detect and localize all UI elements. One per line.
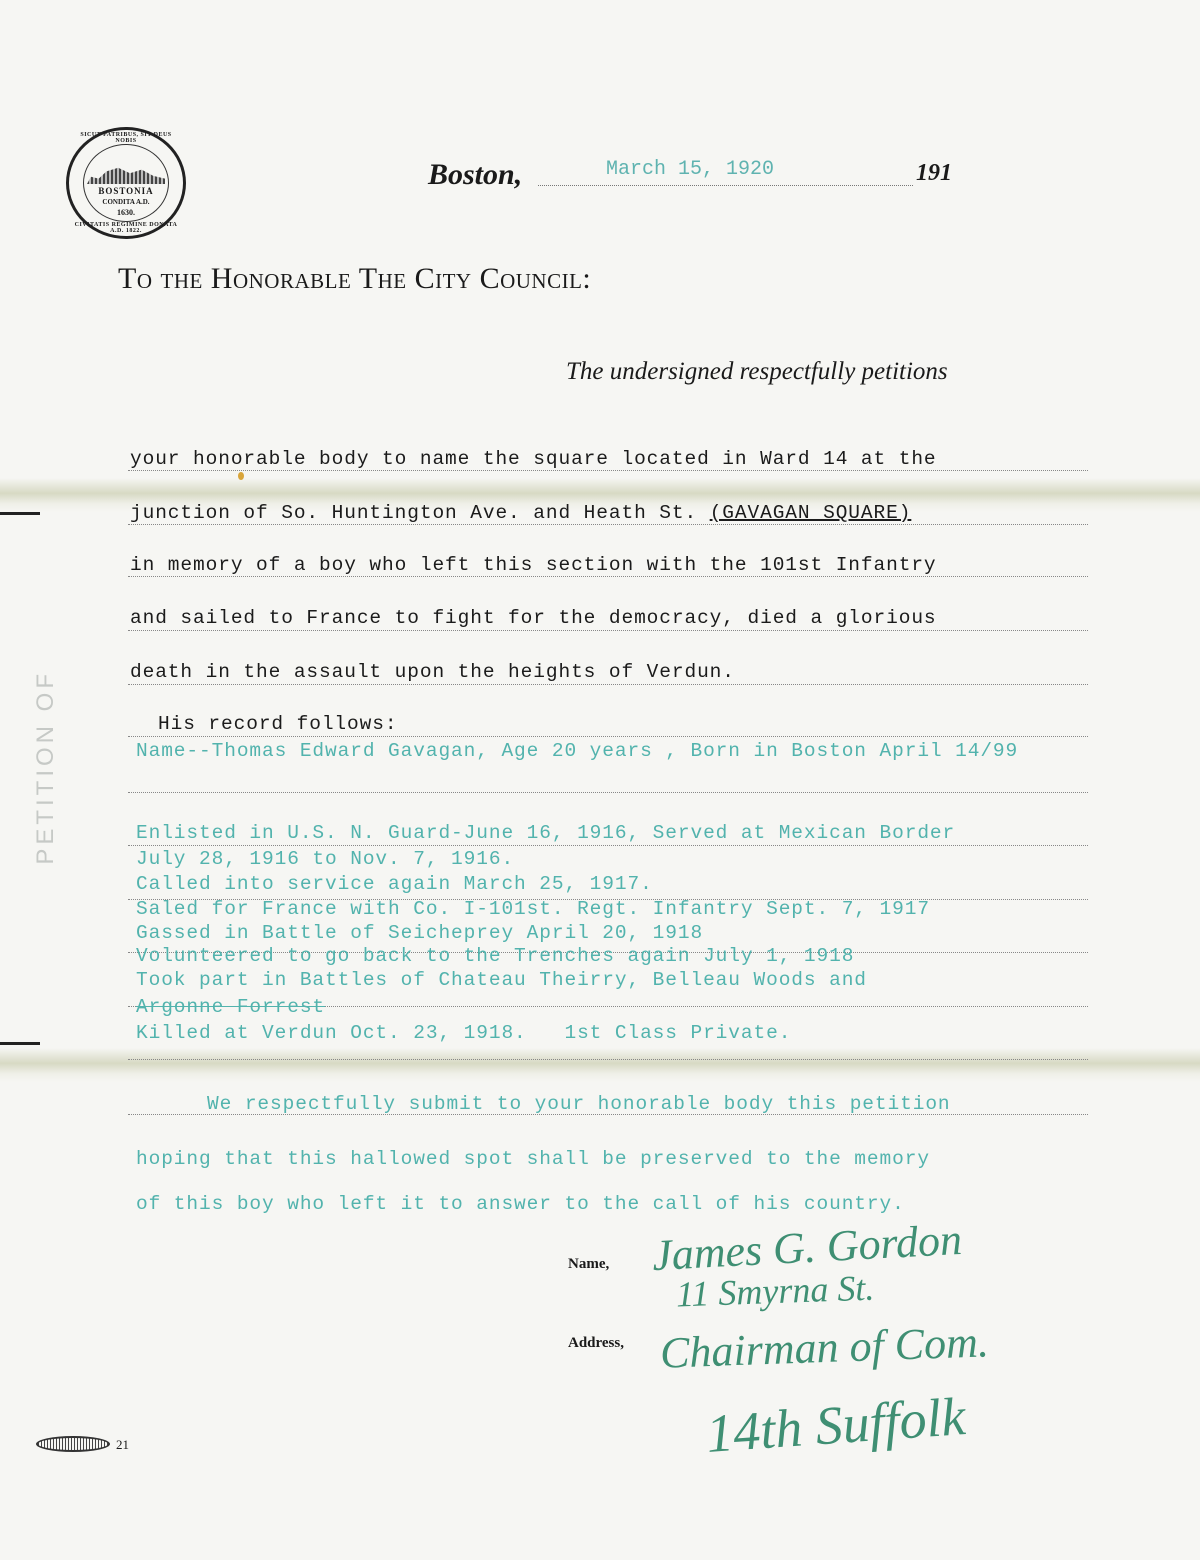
record-line: Enlisted in U.S. N. Guard-June 16, 1916,…	[136, 822, 955, 844]
record-line: Volunteered to go back to the Trenches a…	[136, 945, 854, 967]
rule	[128, 792, 1088, 793]
handwritten-title: Chairman of Com.	[659, 1316, 989, 1378]
paper-fold-bottom	[0, 1048, 1200, 1082]
record-line: Argonne Forrest	[136, 996, 325, 1018]
petition-lead-in: The undersigned respectfully petitions	[566, 358, 948, 386]
petition-line: in memory of a boy who left this section…	[130, 554, 937, 576]
seal-name: BOSTONIA	[69, 186, 183, 196]
rule	[128, 845, 1088, 846]
binder-mark-top	[0, 512, 40, 515]
square-name: (GAVAGAN SQUARE)	[710, 502, 912, 524]
rule	[128, 524, 1088, 525]
petition-line: your honorable body to name the square l…	[130, 448, 937, 470]
record-name-line: Name--Thomas Edward Gavagan, Age 20 year…	[136, 740, 1018, 762]
city-label: Boston,	[428, 158, 522, 192]
rule	[128, 470, 1088, 471]
addressee-heading: To the Honorable The City Council:	[118, 262, 591, 296]
record-line: Saled for France with Co. I-101st. Regt.…	[136, 898, 930, 920]
ink-stain	[238, 472, 244, 480]
record-line: July 28, 1916 to Nov. 7, 1916.	[136, 848, 514, 870]
record-line: Took part in Battles of Chateau Theirry,…	[136, 969, 867, 991]
seal-condita: CONDITA A.D.	[69, 198, 183, 206]
record-heading: His record follows:	[158, 713, 397, 735]
year-prefix: 191	[916, 160, 952, 187]
rule	[128, 684, 1088, 685]
handwritten-address: 11 Smyrna St.	[675, 1267, 875, 1316]
binder-mark-bottom	[0, 1042, 40, 1045]
petition-line: and sailed to France to fight for the de…	[130, 607, 937, 629]
rule	[128, 576, 1088, 577]
closing-line: We respectfully submit to your honorable…	[144, 1093, 951, 1115]
record-line: Gassed in Battle of Seicheprey April 20,…	[136, 922, 703, 944]
side-stamp: PETITION OF	[32, 670, 60, 865]
handwritten-district: 14th Suffolk	[704, 1385, 967, 1465]
typed-date: March 15, 1920	[606, 158, 774, 181]
seal-year: 1630.	[69, 208, 183, 217]
rule	[128, 630, 1088, 631]
seal-motto-bottom: CIVITATIS REGIMINE DONATA A.D. 1822.	[69, 222, 183, 234]
union-label-number: 21	[116, 1437, 129, 1453]
petition-line: death in the assault upon the heights of…	[130, 661, 735, 683]
seal-motto-top: SICUT PATRIBUS, SIT DEUS NOBIS	[69, 132, 183, 144]
date-rule	[538, 185, 913, 186]
address-label: Address,	[568, 1335, 624, 1352]
closing-line: hoping that this hallowed spot shall be …	[136, 1148, 930, 1170]
name-label: Name,	[568, 1256, 609, 1273]
rule	[128, 736, 1088, 737]
petition-line-text: junction of So. Huntington Ave. and Heat…	[130, 502, 710, 524]
record-line: Called into service again March 25, 1917…	[136, 873, 653, 895]
closing-line: of this boy who left it to answer to the…	[136, 1193, 905, 1215]
record-line: Killed at Verdun Oct. 23, 1918. 1st Clas…	[136, 1022, 791, 1044]
rule	[128, 1059, 1088, 1060]
union-printer-label-icon	[36, 1436, 110, 1452]
petition-line: junction of So. Huntington Ave. and Heat…	[130, 502, 911, 524]
boston-city-seal: SICUT PATRIBUS, SIT DEUS NOBIS BOSTONIA …	[66, 127, 186, 239]
